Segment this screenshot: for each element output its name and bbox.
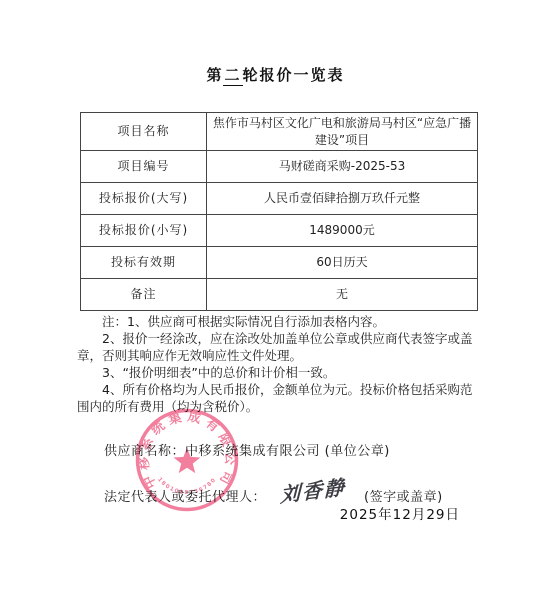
note-line: 4、所有价格均为人民币报价，金额单位为元。投标价格包括采购范围内的所有费用（均为… — [77, 381, 479, 415]
row-label-project-number: 项目编号 — [81, 151, 207, 183]
supplier-name: 中移系统集成有限公司 — [185, 444, 320, 459]
row-value-bid-price-figures: 1489000元 — [207, 215, 478, 247]
notes-section: 注：1、供应商可根据实际情况自行添加表格内容。 2、报价一经涂改，应在涂改处加盖… — [77, 313, 479, 415]
supplier-label: 供应商名称： — [104, 444, 185, 459]
row-label-bid-validity: 投标有效期 — [81, 247, 207, 279]
row-label-project-name: 项目名称 — [81, 113, 207, 151]
document-page: 第二轮报价一览表 项目名称 焦作市马村区文化广电和旅游局马村区“应急广播建设”项… — [0, 0, 551, 600]
supplier-line: 供应商名称：中移系统集成有限公司 (单位公章) — [104, 440, 390, 459]
row-value-project-name: 焦作市马村区文化广电和旅游局马村区“应急广播建设”项目 — [207, 113, 478, 151]
row-value-remarks: 无 — [207, 279, 478, 311]
row-value-project-number: 马财磋商采购-2025-53 — [207, 151, 478, 183]
table-row: 项目名称 焦作市马村区文化广电和旅游局马村区“应急广播建设”项目 — [81, 113, 478, 151]
title-round-number: 二 — [223, 66, 242, 86]
title-prefix: 第 — [206, 66, 223, 84]
quotation-table: 项目名称 焦作市马村区文化广电和旅游局马村区“应急广播建设”项目 项目编号 马财… — [80, 112, 478, 311]
row-label-remarks: 备注 — [81, 279, 207, 311]
table-row: 项目编号 马财磋商采购-2025-53 — [81, 151, 478, 183]
page-title: 第二轮报价一览表 — [0, 64, 551, 85]
table-row: 投标有效期 60日历天 — [81, 247, 478, 279]
note-line: 2、报价一经涂改，应在涂改处加盖单位公章或供应商代表签字或盖章，否则其响应作无效… — [77, 330, 479, 364]
title-suffix: 轮报价一览表 — [243, 66, 345, 84]
row-label-bid-price-figures: 投标报价(小写) — [81, 215, 207, 247]
row-label-bid-price-words: 投标报价(大写) — [81, 183, 207, 215]
row-value-bid-price-words: 人民币壹佰肆拾捌万玖仟元整 — [207, 183, 478, 215]
table-row: 投标报价(小写) 1489000元 — [81, 215, 478, 247]
table-row: 备注 无 — [81, 279, 478, 311]
row-value-bid-validity: 60日历天 — [207, 247, 478, 279]
supplier-stamp-note: (单位公章) — [320, 444, 390, 459]
note-line: 3、“报价明细表”中的总价和计价相一致。 — [77, 364, 479, 381]
date-line: 2025年12月29日 — [80, 503, 460, 523]
note-line: 注：1、供应商可根据实际情况自行添加表格内容。 — [77, 313, 479, 330]
table-row: 投标报价(大写) 人民币壹佰肆拾捌万玖仟元整 — [81, 183, 478, 215]
